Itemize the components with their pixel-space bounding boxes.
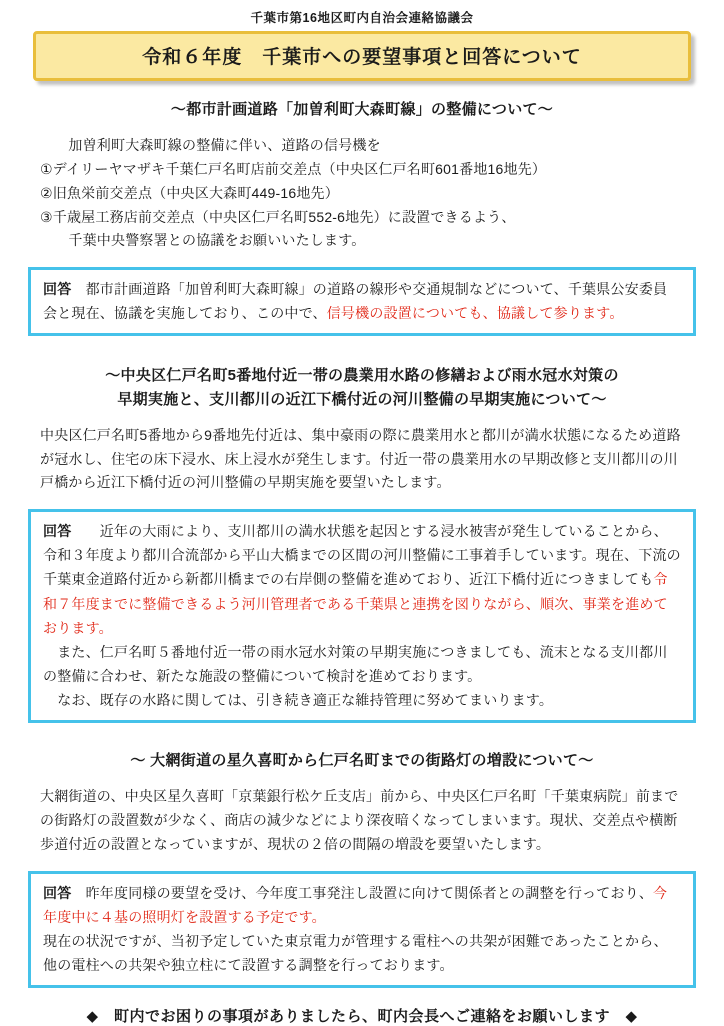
organization-name: 千葉市第16地区町内自治会連絡協議会 — [0, 8, 724, 26]
request-text-waterway: 中央区仁戸名町5番地から9番地先付近は、集中豪雨の際に農業用水と都川が満水状態に… — [40, 424, 686, 495]
answer-box-road-plan: 回答 都市計画道路「加曽利町大森町線」の道路の線形や交通規制などについて、千葉県… — [28, 267, 696, 336]
request-text-road-plan: 加曽利町大森町線の整備に伴い、道路の信号機を①デイリーヤマザキ千葉仁戸名町店前交… — [40, 134, 686, 253]
page-title: 令和６年度 千葉市への要望事項と回答について — [33, 31, 691, 81]
section-heading-waterway: ～中央区仁戸名町5番地付近一帯の農業用水路の修繕および雨水冠水対策の早期実施と、… — [0, 364, 724, 411]
section-heading-road-plan: ～都市計画道路「加曽利町大森町線」の整備について～ — [0, 98, 724, 121]
answer-box-streetlights: 回答 昨年度同様の要望を受け、今年度工事発注し設置に向けて関係者との調整を行って… — [28, 871, 696, 988]
footer-contact-note: ◆ 町内でお困りの事項がありましたら、町内会長へご連絡をお願いします ◆ — [0, 1005, 724, 1026]
section-heading-streetlights: ～ 大網街道の星久喜町から仁戸名町までの街路灯の増設について～ — [0, 749, 724, 772]
request-text-streetlights: 大網街道の、中央区星久喜町「京葉銀行松ケ丘支店」前から、中央区仁戸名町「千葉東病… — [40, 785, 686, 856]
answer-box-waterway: 回答 近年の大雨により、支川都川の満水状態を起因とする浸水被害が発生していること… — [28, 509, 696, 723]
